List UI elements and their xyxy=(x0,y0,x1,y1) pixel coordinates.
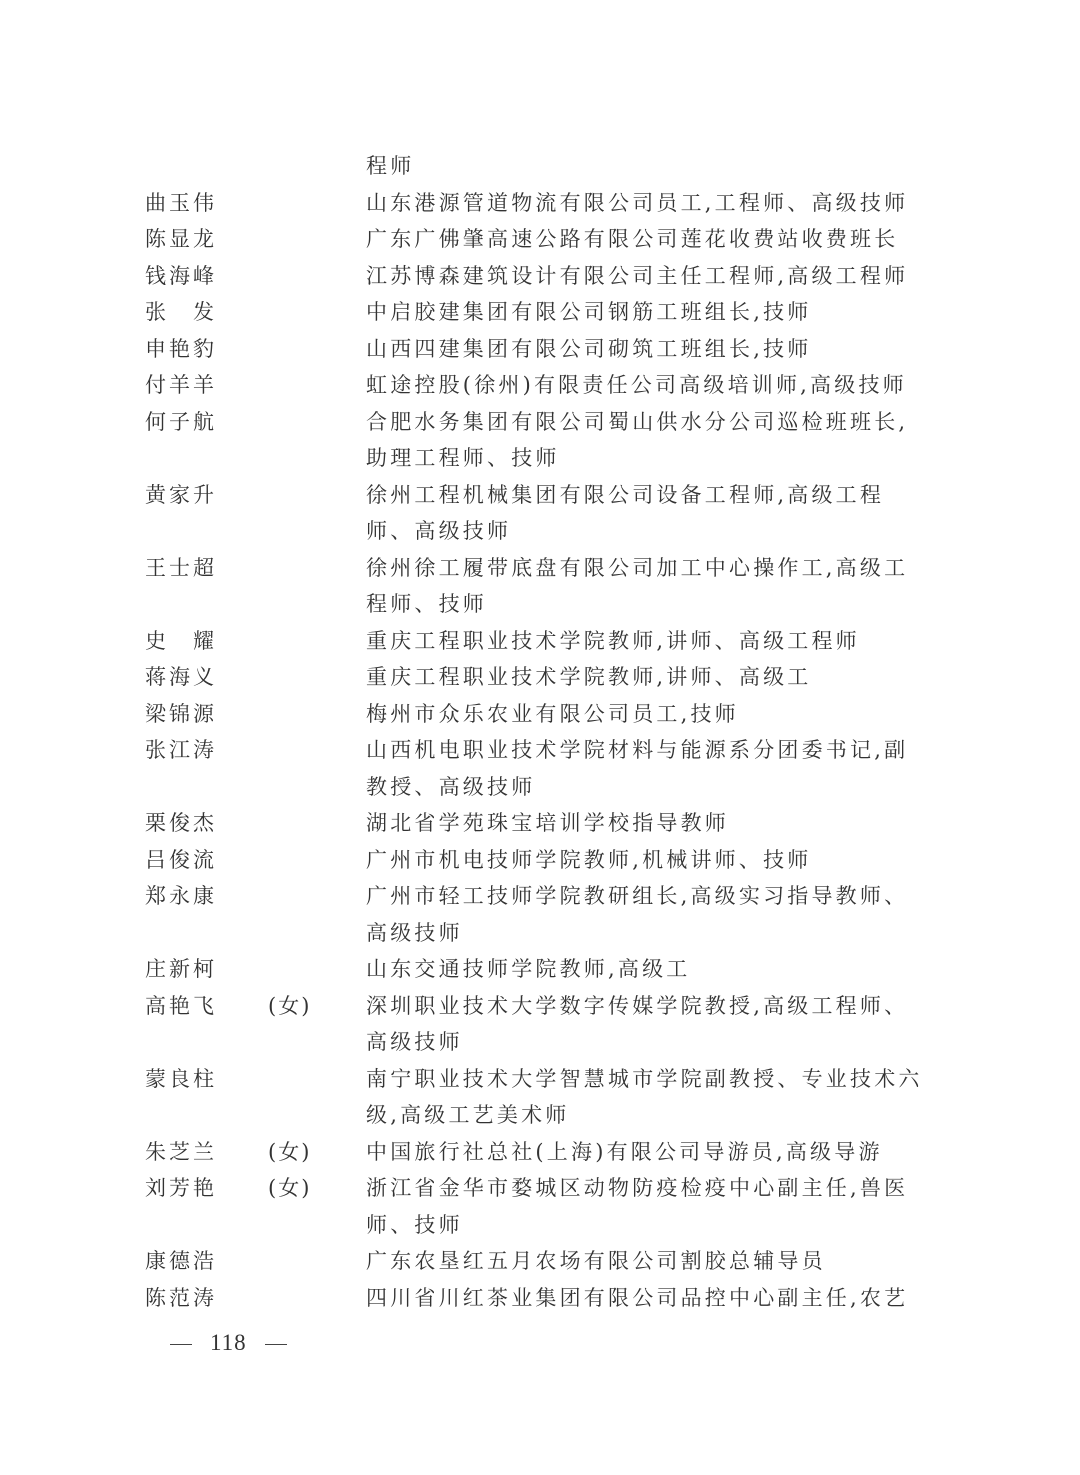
entry-description: 助理工程师、技师 xyxy=(366,440,560,476)
entry-description: 浙江省金华市婺城区动物防疫检疫中心副主任,兽医 xyxy=(366,1170,908,1206)
entry-row: 张江涛山西机电职业技术学院材料与能源系分团委书记,副 xyxy=(0,732,1080,768)
entry-name: 曲玉伟 xyxy=(145,185,217,221)
entry-gender: (女) xyxy=(268,988,311,1024)
entry-row: 王士超徐州徐工履带底盘有限公司加工中心操作工,高级工 xyxy=(0,550,1080,586)
footer-dash-left xyxy=(170,1344,192,1345)
entry-name: 朱芝兰 xyxy=(145,1134,217,1170)
entry-description: 徐州工程机械集团有限公司设备工程师,高级工程 xyxy=(366,477,884,513)
entry-description: 高级技师 xyxy=(366,915,463,951)
entry-row: 栗俊杰湖北省学苑珠宝培训学校指导教师 xyxy=(0,805,1080,841)
entry-row: 黄家升徐州工程机械集团有限公司设备工程师,高级工程 xyxy=(0,477,1080,513)
entry-row: 郑永康广州市轻工技师学院教研组长,高级实习指导教师、 xyxy=(0,878,1080,914)
entry-row: 康德浩广东农垦红五月农场有限公司割胶总辅导员 xyxy=(0,1243,1080,1279)
entry-description: 广州市轻工技师学院教研组长,高级实习指导教师、 xyxy=(366,878,908,914)
entry-description: 四川省川红茶业集团有限公司品控中心副主任,农艺 xyxy=(366,1280,908,1316)
entry-description: 级,高级工艺美术师 xyxy=(366,1097,569,1133)
entry-name: 高艳飞 xyxy=(145,988,217,1024)
entry-row-continuation: 助理工程师、技师 xyxy=(0,440,1080,476)
entry-name: 蒋海义 xyxy=(145,659,217,695)
entry-description: 中启胶建集团有限公司钢筋工班组长,技师 xyxy=(366,294,811,330)
entry-row: 付羊羊虹途控股(徐州)有限责任公司高级培训师,高级技师 xyxy=(0,367,1080,403)
entry-description: 山西机电职业技术学院材料与能源系分团委书记,副 xyxy=(366,732,908,768)
entry-name: 黄家升 xyxy=(145,477,217,513)
entry-description: 师、技师 xyxy=(366,1207,463,1243)
entry-row: 蒙良柱南宁职业技术大学智慧城市学院副教授、专业技术六 xyxy=(0,1061,1080,1097)
entry-description: 广东农垦红五月农场有限公司割胶总辅导员 xyxy=(366,1243,826,1279)
entry-row: 吕俊流广州市机电技师学院教师,机械讲师、技师 xyxy=(0,842,1080,878)
entry-description: 程师、技师 xyxy=(366,586,487,622)
entry-name: 庄新柯 xyxy=(145,951,217,987)
entry-gender: (女) xyxy=(268,1134,311,1170)
entry-row: 张 发中启胶建集团有限公司钢筋工班组长,技师 xyxy=(0,294,1080,330)
entry-row: 曲玉伟山东港源管道物流有限公司员工,工程师、高级技师 xyxy=(0,185,1080,221)
entry-description: 师、高级技师 xyxy=(366,513,511,549)
entry-description: 合肥水务集团有限公司蜀山供水分公司巡检班班长, xyxy=(366,404,908,440)
entry-gender: (女) xyxy=(268,1170,311,1206)
entry-description: 南宁职业技术大学智慧城市学院副教授、专业技术六 xyxy=(366,1061,923,1097)
document-page: 程师 曲玉伟山东港源管道物流有限公司员工,工程师、高级技师陈显龙广东广佛肇高速公… xyxy=(0,0,1080,1475)
page-footer: 118 xyxy=(170,1327,287,1360)
entry-description: 虹途控股(徐州)有限责任公司高级培训师,高级技师 xyxy=(366,367,907,403)
entry-name: 刘芳艳 xyxy=(145,1170,217,1206)
entry-row: 朱芝兰(女)中国旅行社总社(上海)有限公司导游员,高级导游 xyxy=(0,1134,1080,1170)
entry-name: 郑永康 xyxy=(145,878,217,914)
entry-name: 申艳豹 xyxy=(145,331,217,367)
entry-description: 江苏博森建筑设计有限公司主任工程师,高级工程师 xyxy=(366,258,908,294)
continuation-line: 程师 xyxy=(0,148,1080,184)
entry-row: 庄新柯山东交通技师学院教师,高级工 xyxy=(0,951,1080,987)
entry-name: 蒙良柱 xyxy=(145,1061,217,1097)
entry-row: 梁锦源梅州市众乐农业有限公司员工,技师 xyxy=(0,696,1080,732)
entry-row-continuation: 高级技师 xyxy=(0,915,1080,951)
entry-description: 深圳职业技术大学数字传媒学院教授,高级工程师、 xyxy=(366,988,908,1024)
entry-name: 梁锦源 xyxy=(145,696,217,732)
entry-name: 陈范涛 xyxy=(145,1280,217,1316)
entry-name: 吕俊流 xyxy=(145,842,217,878)
entry-description: 山东港源管道物流有限公司员工,工程师、高级技师 xyxy=(366,185,908,221)
entry-description: 中国旅行社总社(上海)有限公司导游员,高级导游 xyxy=(366,1134,883,1170)
entry-row-continuation: 程师、技师 xyxy=(0,586,1080,622)
entry-description: 梅州市众乐农业有限公司员工,技师 xyxy=(366,696,739,732)
entry-row-continuation: 教授、高级技师 xyxy=(0,769,1080,805)
entry-row: 陈范涛四川省川红茶业集团有限公司品控中心副主任,农艺 xyxy=(0,1280,1080,1316)
footer-dash-right xyxy=(265,1344,287,1345)
page-number: 118 xyxy=(210,1330,247,1355)
entry-row: 史 耀重庆工程职业技术学院教师,讲师、高级工程师 xyxy=(0,623,1080,659)
entry-row: 钱海峰江苏博森建筑设计有限公司主任工程师,高级工程师 xyxy=(0,258,1080,294)
entry-row-continuation: 级,高级工艺美术师 xyxy=(0,1097,1080,1133)
entry-description: 程师 xyxy=(366,148,414,184)
entry-row: 高艳飞(女)深圳职业技术大学数字传媒学院教授,高级工程师、 xyxy=(0,988,1080,1024)
entry-description: 广东广佛肇高速公路有限公司莲花收费站收费班长 xyxy=(366,221,898,257)
entry-row-continuation: 师、技师 xyxy=(0,1207,1080,1243)
entry-row-continuation: 高级技师 xyxy=(0,1024,1080,1060)
entry-name: 栗俊杰 xyxy=(145,805,217,841)
entry-name: 张江涛 xyxy=(145,732,217,768)
entry-row: 陈显龙广东广佛肇高速公路有限公司莲花收费站收费班长 xyxy=(0,221,1080,257)
entry-row-continuation: 师、高级技师 xyxy=(0,513,1080,549)
entry-name: 付羊羊 xyxy=(145,367,217,403)
entry-description: 徐州徐工履带底盘有限公司加工中心操作工,高级工 xyxy=(366,550,908,586)
entry-description: 山西四建集团有限公司砌筑工班组长,技师 xyxy=(366,331,811,367)
entry-description: 重庆工程职业技术学院教师,讲师、高级工程师 xyxy=(366,623,860,659)
entry-name: 史 耀 xyxy=(145,623,217,659)
entry-row: 刘芳艳(女)浙江省金华市婺城区动物防疫检疫中心副主任,兽医 xyxy=(0,1170,1080,1206)
entry-description: 广州市机电技师学院教师,机械讲师、技师 xyxy=(366,842,811,878)
entry-description: 教授、高级技师 xyxy=(366,769,535,805)
entry-description: 湖北省学苑珠宝培训学校指导教师 xyxy=(366,805,729,841)
entry-row: 何子航合肥水务集团有限公司蜀山供水分公司巡检班班长, xyxy=(0,404,1080,440)
entry-name: 何子航 xyxy=(145,404,217,440)
entry-name: 王士超 xyxy=(145,550,217,586)
entry-row: 蒋海义重庆工程职业技术学院教师,讲师、高级工 xyxy=(0,659,1080,695)
entry-name: 康德浩 xyxy=(145,1243,217,1279)
entry-description: 重庆工程职业技术学院教师,讲师、高级工 xyxy=(366,659,811,695)
entry-row: 申艳豹山西四建集团有限公司砌筑工班组长,技师 xyxy=(0,331,1080,367)
entry-name: 陈显龙 xyxy=(145,221,217,257)
entry-description: 山东交通技师学院教师,高级工 xyxy=(366,951,690,987)
entry-description: 高级技师 xyxy=(366,1024,463,1060)
entry-name: 张 发 xyxy=(145,294,217,330)
entry-name: 钱海峰 xyxy=(145,258,217,294)
